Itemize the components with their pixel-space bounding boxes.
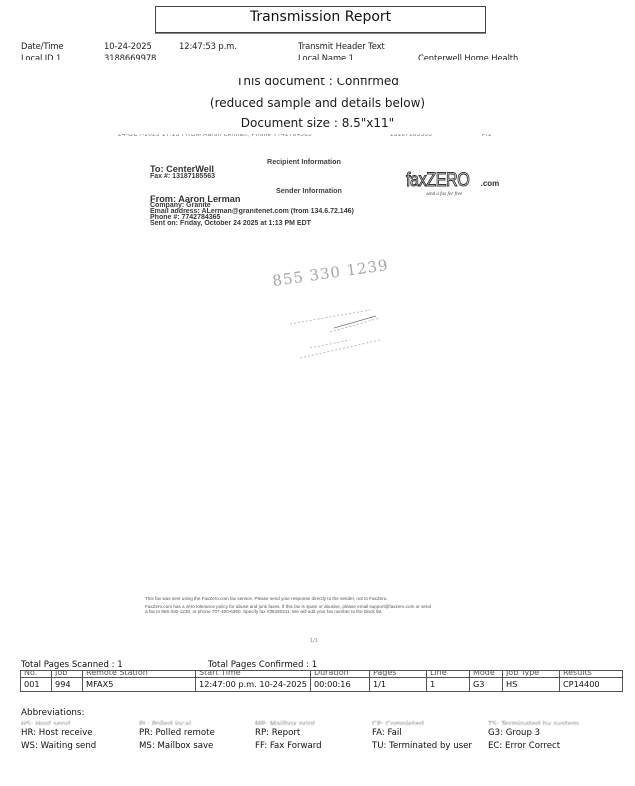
- abbr-ws: WS: Waiting send: [21, 741, 96, 751]
- cell-job: 994: [52, 678, 83, 692]
- cell-results: CP14400: [559, 678, 622, 692]
- col-header-line: Line: [426, 671, 469, 678]
- handwritten-note: 855 330 1239: [252, 252, 412, 362]
- total-pages-scanned: Total Pages Scanned : 1: [21, 660, 123, 670]
- col-header-job-type: Job Type: [502, 671, 559, 678]
- col-header-pages: Pages: [369, 671, 426, 678]
- abbr-cp: CP: Completed: [372, 720, 424, 725]
- col-header-job: Job: [52, 671, 83, 678]
- abbr-fa: FA: Fail: [372, 728, 402, 738]
- total-pages-confirmed: Total Pages Confirmed : 1: [208, 660, 317, 670]
- col-header-start-time: Start Time: [196, 671, 311, 678]
- transmission-table: No. Job Remote Station Start Time Durati…: [20, 670, 623, 692]
- cell-start-time: 12:47:00 p.m. 10-24-2025: [196, 678, 311, 692]
- transmit-header-label: Transmit Header Text: [298, 41, 385, 51]
- abbr-pr: PR: Polled remote: [139, 728, 215, 738]
- confirmation-note: (reduced sample and details below): [0, 96, 635, 110]
- recipient-fax-number: Fax #: 13187185563: [150, 173, 215, 180]
- cell-no: 001: [21, 678, 52, 692]
- faxzero-tagline: send a fax for free: [426, 192, 462, 197]
- faxzero-footer-line1: This fax was sent using the FaxZero.com …: [145, 596, 388, 601]
- abbreviations-title: Abbreviations:: [21, 708, 84, 718]
- local-name-label: Local Name 1: [298, 53, 354, 60]
- abbr-ec: EC: Error Correct: [488, 741, 560, 751]
- document-size: Document size : 8.5"x11": [0, 116, 635, 130]
- faxzero-logo-text: faxZERO: [406, 170, 469, 192]
- cell-mode: G3: [469, 678, 502, 692]
- report-title: Transmission Report: [156, 9, 485, 25]
- cell-job-type: HS: [502, 678, 559, 692]
- abbr-tu: TU: Terminated by user: [372, 741, 472, 751]
- report-date: 10-24-2025: [104, 41, 152, 51]
- sender-heading: Sender Information: [276, 186, 342, 195]
- confirmation-status: This document : Confirmed: [0, 78, 635, 89]
- fax-header-number: 13187185563: [390, 134, 432, 139]
- sender-sent-on: Sent on: Friday, October 24 2025 at 1:13…: [150, 220, 311, 227]
- faxzero-logo: faxZERO.com: [406, 170, 499, 192]
- local-name: Centerwell Home Health: [418, 53, 518, 60]
- abbr-ms: MS: Mailbox save: [139, 741, 213, 751]
- local-id-label: Local ID 1: [21, 53, 61, 60]
- abbr-ts: TS: Terminated by system: [488, 720, 579, 725]
- date-time-label: Date/Time: [21, 41, 63, 51]
- fax-header-page: P.1: [482, 134, 492, 139]
- abbr-rp: RP: Report: [255, 728, 300, 738]
- abbr-mp: MP: Mailbox print: [255, 720, 315, 725]
- table-row: 001 994 MFAX5 12:47:00 p.m. 10-24-2025 0…: [21, 678, 623, 692]
- report-time: 12:47:53 p.m.: [179, 41, 237, 51]
- faxzero-logo-com: .com: [481, 179, 500, 188]
- report-title-box: Transmission Report: [155, 6, 486, 33]
- col-header-results: Results: [559, 671, 622, 678]
- col-header-remote-station: Remote Station: [83, 671, 196, 678]
- col-header-duration: Duration: [310, 671, 369, 678]
- faxzero-footer-line3: a fax to 855-330-1238, or phone 707-400-…: [145, 609, 383, 614]
- abbr-g3: G3: Group 3: [488, 728, 540, 738]
- cell-remote-station: MFAX5: [83, 678, 196, 692]
- col-header-mode: Mode: [469, 671, 502, 678]
- recipient-heading: Recipient Information: [267, 157, 341, 166]
- handwritten-scribbles-icon: [252, 252, 412, 362]
- fax-page-indicator: 1/1: [310, 638, 318, 644]
- abbr-pl: PL: Polled local: [139, 720, 191, 725]
- abbr-hr: HR: Host receive: [21, 728, 93, 738]
- fax-header-line: 24-OCT-2025 17:13 FROM Aaron Lerman, Pho…: [118, 134, 312, 139]
- cell-pages: 1/1: [369, 678, 426, 692]
- abbr-ff: FF: Fax Forward: [255, 741, 322, 751]
- cell-line: 1: [426, 678, 469, 692]
- cell-duration: 00:00:16: [310, 678, 369, 692]
- col-header-no: No.: [21, 671, 52, 678]
- local-id: 3188669978: [104, 53, 156, 60]
- table-header-row: No. Job Remote Station Start Time Durati…: [21, 671, 623, 678]
- abbr-hs: HS: Host send: [21, 720, 70, 725]
